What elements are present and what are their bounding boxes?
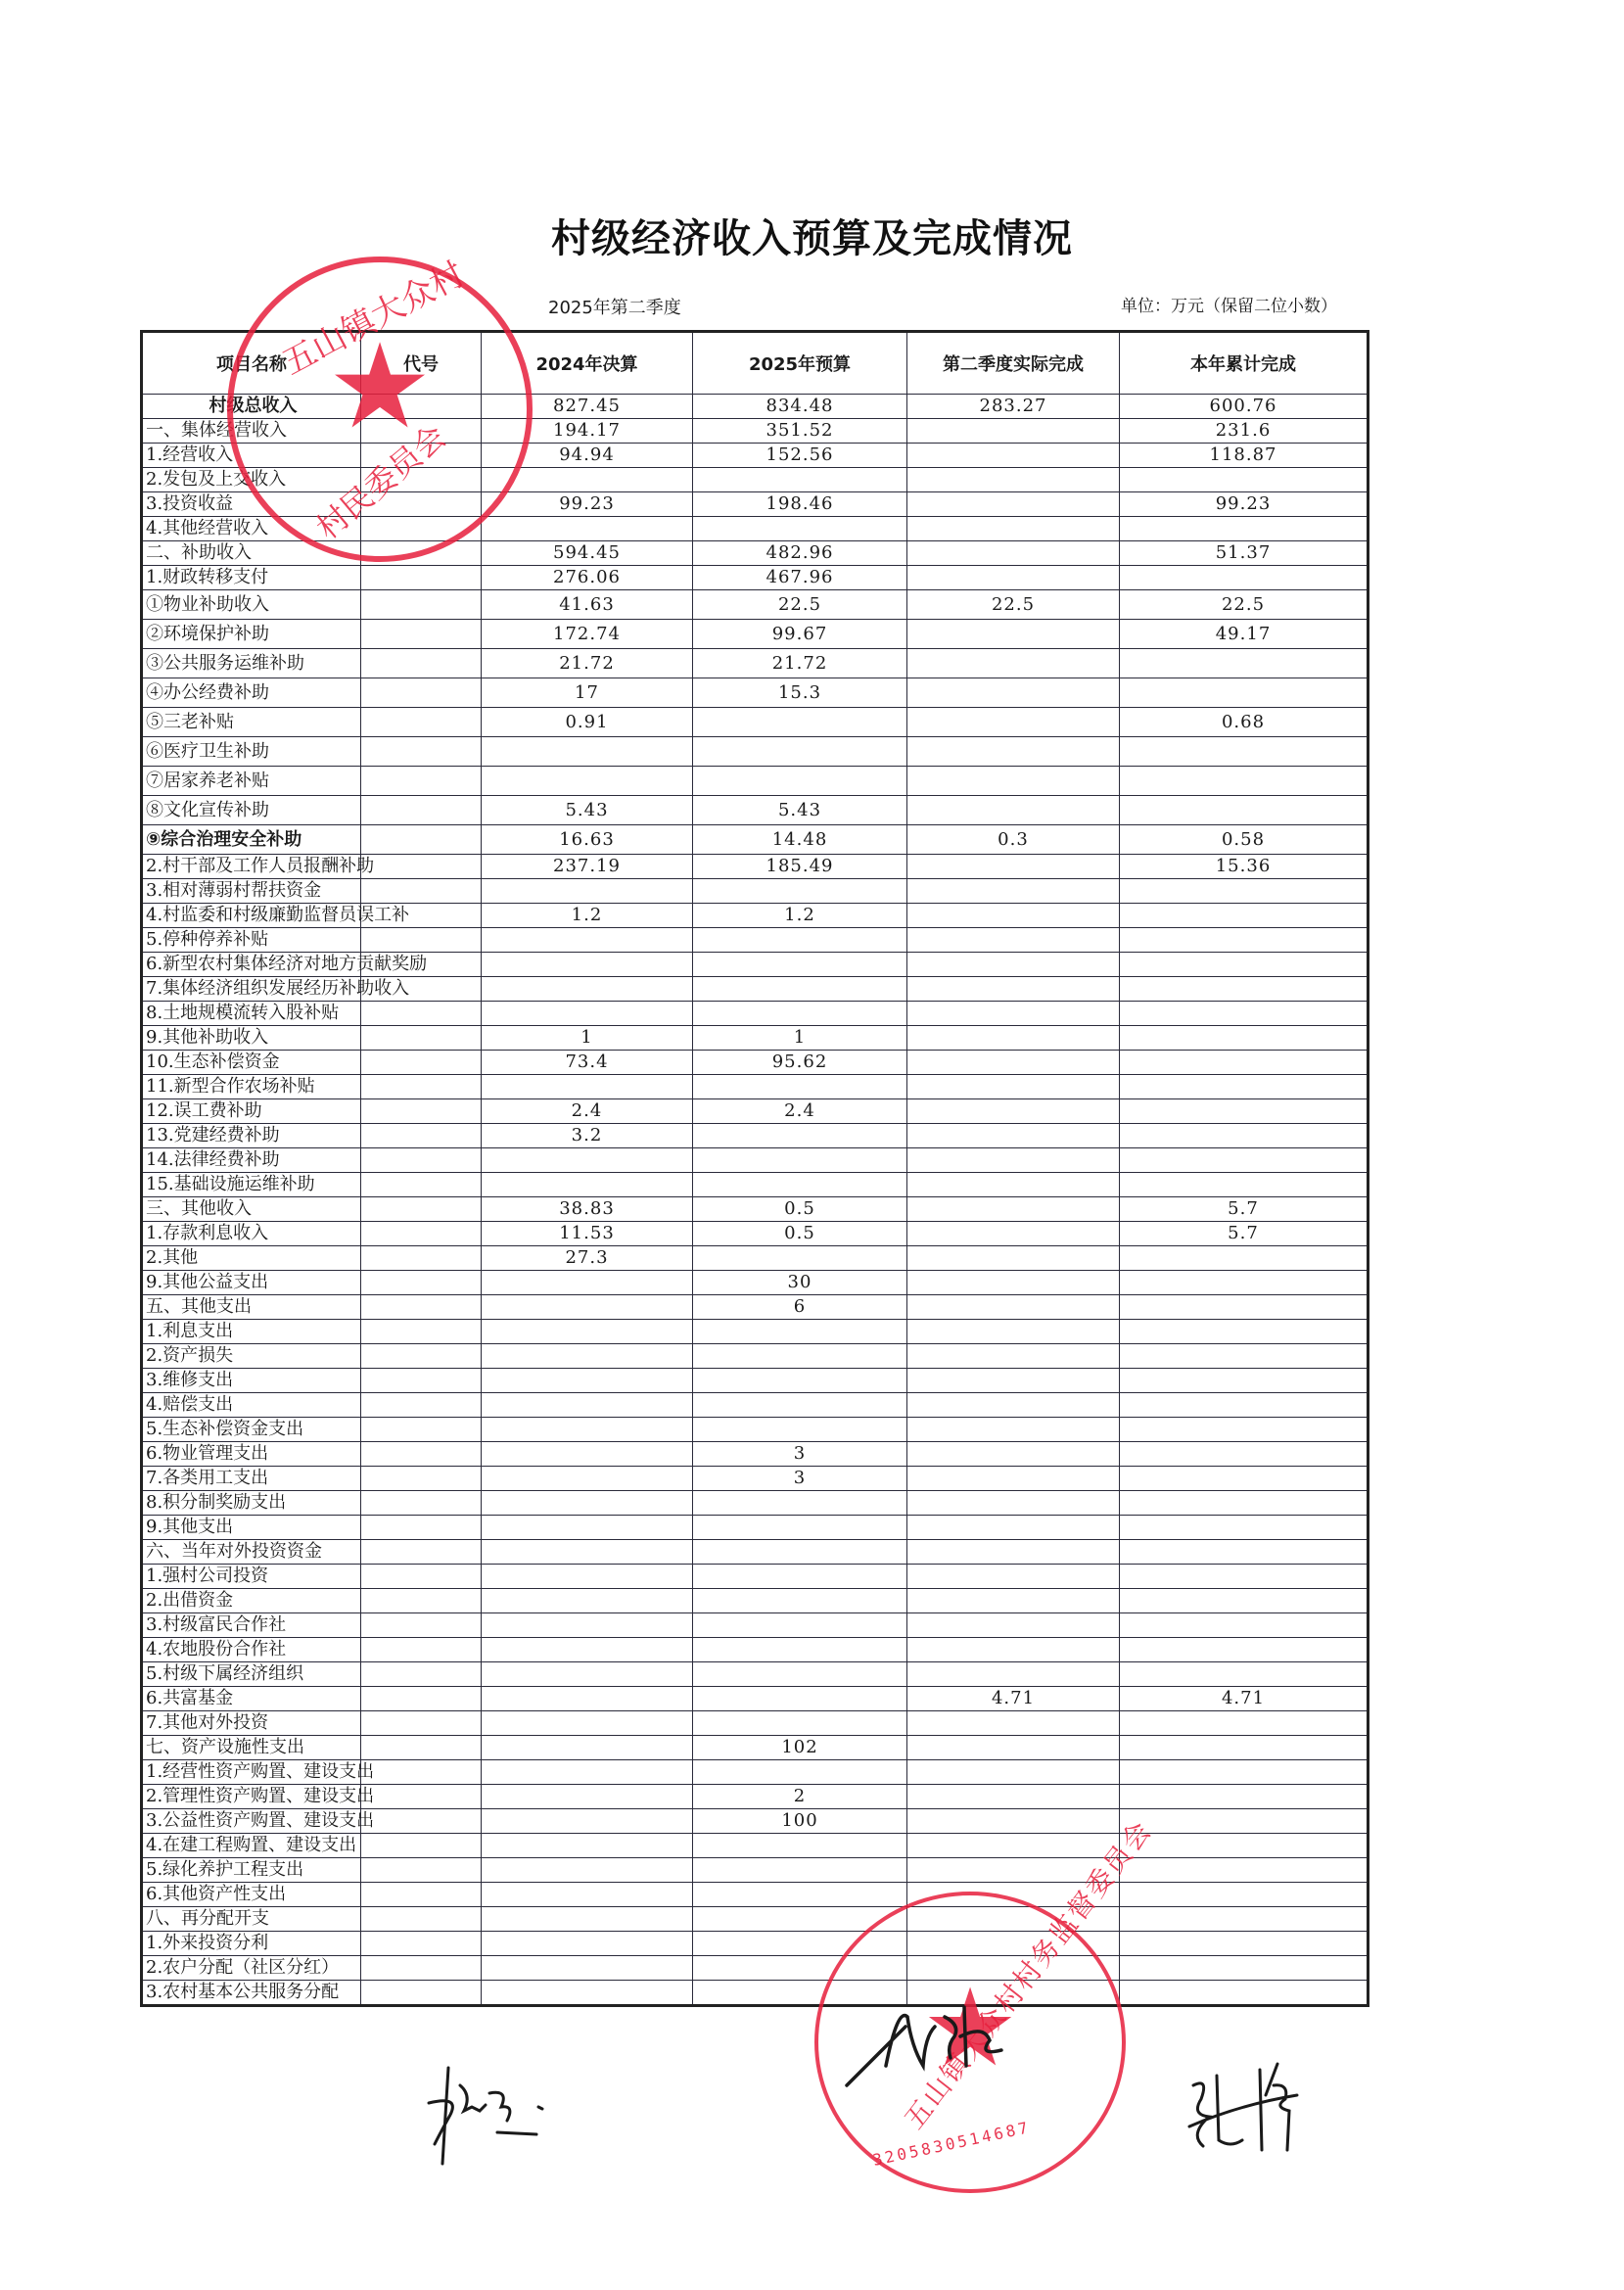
item-code	[361, 1613, 482, 1638]
item-code	[361, 928, 482, 953]
table-row: 3.公益性资产购置、建设支出100	[142, 1809, 1369, 1834]
item-code	[361, 1099, 482, 1124]
value-2024-final	[482, 1809, 693, 1834]
value-2025-budget	[693, 1565, 907, 1589]
item-name: 13.党建经费补助	[142, 1124, 361, 1148]
item-name: 9.其他支出	[142, 1516, 361, 1540]
item-name: 5.绿化养护工程支出	[142, 1858, 361, 1883]
table-row: 5.绿化养护工程支出	[142, 1858, 1369, 1883]
item-code	[361, 1491, 482, 1516]
value-q2-actual: 4.71	[907, 1687, 1120, 1711]
table-row: 2.资产损失	[142, 1344, 1369, 1369]
item-name: 10.生态补偿资金	[142, 1051, 361, 1075]
item-code	[361, 649, 482, 678]
value-2024-final	[482, 1883, 693, 1907]
value-ytd-completed	[1120, 1638, 1369, 1662]
header-code: 代号	[361, 332, 482, 395]
value-q2-actual	[907, 1369, 1120, 1393]
item-code	[361, 1002, 482, 1026]
value-q2-actual	[907, 1858, 1120, 1883]
value-q2-actual	[907, 1124, 1120, 1148]
item-name: 4.农地股份合作社	[142, 1638, 361, 1662]
item-name: 4.赔偿支出	[142, 1393, 361, 1418]
value-2025-budget	[693, 953, 907, 977]
table-row: 2.农户分配（社区分红）	[142, 1956, 1369, 1981]
item-name-text: 5.村级下属经济组织	[146, 1663, 303, 1684]
item-code	[361, 1124, 482, 1148]
value-q2-actual	[907, 928, 1120, 953]
value-2025-budget	[693, 1613, 907, 1638]
value-2024-final: 41.63	[482, 590, 693, 620]
item-code	[361, 1540, 482, 1565]
value-q2-actual	[907, 879, 1120, 904]
item-name: 3.维修支出	[142, 1369, 361, 1393]
value-ytd-completed	[1120, 1736, 1369, 1760]
value-2025-budget	[693, 1148, 907, 1173]
table-row: 11.新型合作农场补贴	[142, 1075, 1369, 1099]
item-code	[361, 879, 482, 904]
table-row: 7.各类用工支出3	[142, 1467, 1369, 1491]
item-name-text: 八、再分配开支	[146, 1908, 269, 1929]
table-row: 6.物业管理支出3	[142, 1442, 1369, 1467]
value-q2-actual	[907, 566, 1120, 590]
item-name-text: 3.农村基本公共服务分配	[146, 1982, 339, 2002]
item-name-text: 3.投资收益	[146, 493, 233, 514]
value-ytd-completed	[1120, 1295, 1369, 1320]
value-q2-actual	[907, 1907, 1120, 1932]
value-2025-budget: 834.48	[693, 395, 907, 419]
value-2025-budget	[693, 1858, 907, 1883]
item-name-text: 4.赔偿支出	[146, 1394, 233, 1415]
item-name: 二、补助收入	[142, 541, 361, 566]
item-name-text: 1.利息支出	[146, 1321, 233, 1341]
value-2024-final: 38.83	[482, 1197, 693, 1222]
value-ytd-completed	[1120, 1858, 1369, 1883]
value-ytd-completed	[1120, 1491, 1369, 1516]
item-code	[361, 767, 482, 796]
value-ytd-completed	[1120, 1002, 1369, 1026]
table-row: 13.党建经费补助3.2	[142, 1124, 1369, 1148]
value-2025-budget: 95.62	[693, 1051, 907, 1075]
table-row: 6.新型农村集体经济对地方贡献奖励	[142, 953, 1369, 977]
value-q2-actual	[907, 620, 1120, 649]
value-q2-actual	[907, 1662, 1120, 1687]
item-code	[361, 492, 482, 517]
value-ytd-completed	[1120, 1075, 1369, 1099]
value-2024-final: 2.4	[482, 1099, 693, 1124]
value-ytd-completed	[1120, 1883, 1369, 1907]
value-q2-actual	[907, 1785, 1120, 1809]
value-q2-actual	[907, 1148, 1120, 1173]
item-name-text: 5.停种停养补贴	[146, 929, 268, 950]
value-q2-actual	[907, 1099, 1120, 1124]
value-ytd-completed: 4.71	[1120, 1687, 1369, 1711]
value-2024-final: 5.43	[482, 796, 693, 825]
value-2025-budget	[693, 879, 907, 904]
item-name-text: 五、其他支出	[146, 1296, 252, 1317]
table-row: ⑥医疗卫生补助	[142, 737, 1369, 767]
item-name: 6.物业管理支出	[142, 1442, 361, 1467]
item-name-text: 6.物业管理支出	[146, 1443, 268, 1464]
header-2024-final: 2024年决算	[482, 332, 693, 395]
value-2025-budget: 351.52	[693, 419, 907, 444]
value-2025-budget: 2	[693, 1785, 907, 1809]
item-name: 1.财政转移支付	[142, 566, 361, 590]
item-name-text: 2.农户分配（社区分红）	[146, 1957, 339, 1978]
item-code	[361, 1956, 482, 1981]
table-row: 2.村干部及工作人员报酬补助237.19185.4915.36	[142, 855, 1369, 879]
item-name: 1.外来投资分利	[142, 1932, 361, 1956]
item-name: 6.共富基金	[142, 1687, 361, 1711]
table-row: 三、其他收入38.830.55.7	[142, 1197, 1369, 1222]
table-row: 1.经营性资产购置、建设支出	[142, 1760, 1369, 1785]
value-q2-actual	[907, 1809, 1120, 1834]
value-ytd-completed: 0.58	[1120, 825, 1369, 855]
table-row: 7.集体经济组织发展经历补助收入	[142, 977, 1369, 1002]
item-code	[361, 855, 482, 879]
item-name: 3.村级富民合作社	[142, 1613, 361, 1638]
item-name: 7.集体经济组织发展经历补助收入	[142, 977, 361, 1002]
item-name: 2.村干部及工作人员报酬补助	[142, 855, 361, 879]
value-q2-actual	[907, 444, 1120, 468]
item-name: 3.投资收益	[142, 492, 361, 517]
item-name: 2.发包及上交收入	[142, 468, 361, 492]
page-title: 村级经济收入预算及完成情况	[0, 208, 1624, 263]
item-name-text: 8.积分制奖励支出	[146, 1492, 286, 1513]
item-code	[361, 1809, 482, 1834]
value-ytd-completed: 600.76	[1120, 395, 1369, 419]
item-name: 2.农户分配（社区分红）	[142, 1956, 361, 1981]
value-2024-final	[482, 928, 693, 953]
item-name-text: 2.出借资金	[146, 1590, 233, 1611]
item-code	[361, 1565, 482, 1589]
table-row: ①物业补助收入41.6322.522.522.5	[142, 590, 1369, 620]
value-q2-actual	[907, 1760, 1120, 1785]
value-2025-budget	[693, 1687, 907, 1711]
item-name-text: 15.基础设施运维补助	[146, 1174, 315, 1194]
item-code	[361, 1320, 482, 1344]
value-ytd-completed: 5.7	[1120, 1222, 1369, 1246]
table-row: 1.外来投资分利	[142, 1932, 1369, 1956]
value-q2-actual	[907, 649, 1120, 678]
value-2024-final: 0.91	[482, 708, 693, 737]
value-ytd-completed	[1120, 1467, 1369, 1491]
item-name-text: 1.强村公司投资	[146, 1566, 268, 1586]
value-ytd-completed	[1120, 1516, 1369, 1540]
value-2024-final	[482, 1662, 693, 1687]
item-name-text: ①物业补助收入	[146, 594, 269, 615]
value-ytd-completed	[1120, 1613, 1369, 1638]
table-row: 12.误工费补助2.42.4	[142, 1099, 1369, 1124]
value-q2-actual	[907, 1565, 1120, 1589]
value-2025-budget	[693, 737, 907, 767]
item-code	[361, 1662, 482, 1687]
value-q2-actual	[907, 1393, 1120, 1418]
value-2024-final	[482, 1173, 693, 1197]
item-name: 12.误工费补助	[142, 1099, 361, 1124]
item-name-text: 二、补助收入	[146, 542, 252, 563]
table-row: 一、集体经营收入194.17351.52231.6	[142, 419, 1369, 444]
value-ytd-completed	[1120, 1369, 1369, 1393]
item-name-text: 六、当年对外投资资金	[146, 1541, 322, 1562]
value-ytd-completed	[1120, 1418, 1369, 1442]
value-ytd-completed	[1120, 879, 1369, 904]
value-2024-final: 16.63	[482, 825, 693, 855]
value-2024-final	[482, 517, 693, 541]
value-2025-budget	[693, 708, 907, 737]
item-name: 2.资产损失	[142, 1344, 361, 1369]
item-code	[361, 1907, 482, 1932]
item-name-text: 5.生态补偿资金支出	[146, 1419, 303, 1439]
value-q2-actual	[907, 796, 1120, 825]
value-ytd-completed	[1120, 678, 1369, 708]
value-2025-budget: 3	[693, 1467, 907, 1491]
value-2024-final	[482, 468, 693, 492]
value-ytd-completed: 5.7	[1120, 1197, 1369, 1222]
item-name: 七、资产设施性支出	[142, 1736, 361, 1760]
value-ytd-completed	[1120, 1173, 1369, 1197]
value-ytd-completed: 51.37	[1120, 541, 1369, 566]
item-name-text: ③公共服务运维补助	[146, 653, 304, 674]
table-row: 村级总收入827.45834.48283.27600.76	[142, 395, 1369, 419]
item-code	[361, 1589, 482, 1613]
value-ytd-completed: 22.5	[1120, 590, 1369, 620]
value-2025-budget: 0.5	[693, 1222, 907, 1246]
value-q2-actual	[907, 678, 1120, 708]
value-ytd-completed	[1120, 1956, 1369, 1981]
item-name-text: ⑦居家养老补贴	[146, 771, 269, 791]
value-q2-actual	[907, 855, 1120, 879]
item-code	[361, 468, 482, 492]
table-row: 六、当年对外投资资金	[142, 1540, 1369, 1565]
value-2025-budget	[693, 1075, 907, 1099]
item-code	[361, 1393, 482, 1418]
value-2025-budget: 15.3	[693, 678, 907, 708]
item-code	[361, 444, 482, 468]
value-2025-budget: 30	[693, 1271, 907, 1295]
value-2024-final	[482, 1516, 693, 1540]
item-name: 3.公益性资产购置、建设支出	[142, 1809, 361, 1834]
item-name-text: 4.农地股份合作社	[146, 1639, 286, 1659]
item-name: 6.新型农村集体经济对地方贡献奖励	[142, 953, 361, 977]
value-q2-actual	[907, 541, 1120, 566]
value-ytd-completed	[1120, 1026, 1369, 1051]
value-2024-final: 827.45	[482, 395, 693, 419]
value-ytd-completed	[1120, 904, 1369, 928]
value-2025-budget: 22.5	[693, 590, 907, 620]
value-ytd-completed	[1120, 1124, 1369, 1148]
value-2025-budget: 6	[693, 1295, 907, 1320]
item-code	[361, 1271, 482, 1295]
value-q2-actual	[907, 904, 1120, 928]
item-name: 2.出借资金	[142, 1589, 361, 1613]
value-2024-final	[482, 1589, 693, 1613]
item-name-text: 1.经营收入	[146, 444, 233, 465]
item-name: 8.土地规模流转入股补贴	[142, 1002, 361, 1026]
item-code	[361, 1687, 482, 1711]
table-row: 3.农村基本公共服务分配	[142, 1981, 1369, 2006]
table-row: 8.积分制奖励支出	[142, 1491, 1369, 1516]
value-2024-final	[482, 1442, 693, 1467]
value-ytd-completed	[1120, 1711, 1369, 1736]
value-2024-final	[482, 1613, 693, 1638]
item-code	[361, 1785, 482, 1809]
value-2024-final	[482, 1956, 693, 1981]
table-row: 1.存款利息收入11.530.55.7	[142, 1222, 1369, 1246]
value-ytd-completed	[1120, 1785, 1369, 1809]
value-2024-final	[482, 879, 693, 904]
item-name-text: 9.其他支出	[146, 1517, 233, 1537]
value-q2-actual	[907, 953, 1120, 977]
value-q2-actual	[907, 1711, 1120, 1736]
value-q2-actual	[907, 767, 1120, 796]
item-name-text: 7.集体经济组织发展经历补助收入	[146, 978, 409, 999]
item-code	[361, 1051, 482, 1075]
value-q2-actual	[907, 1589, 1120, 1613]
item-name: 4.在建工程购置、建设支出	[142, 1834, 361, 1858]
table-row: 七、资产设施性支出102	[142, 1736, 1369, 1760]
value-ytd-completed	[1120, 1246, 1369, 1271]
value-q2-actual	[907, 1736, 1120, 1760]
item-name: 3.相对薄弱村帮扶资金	[142, 879, 361, 904]
item-name: ③公共服务运维补助	[142, 649, 361, 678]
table-row: 6.其他资产性支出	[142, 1883, 1369, 1907]
value-2024-final: 1	[482, 1026, 693, 1051]
value-2024-final	[482, 1565, 693, 1589]
value-q2-actual: 0.3	[907, 825, 1120, 855]
item-code	[361, 737, 482, 767]
table-row: 5.停种停养补贴	[142, 928, 1369, 953]
value-2025-budget: 1	[693, 1026, 907, 1051]
value-2025-budget	[693, 1760, 907, 1785]
value-2025-budget: 482.96	[693, 541, 907, 566]
value-2024-final	[482, 1491, 693, 1516]
table-row: 1.利息支出	[142, 1320, 1369, 1344]
item-name-text: 12.误工费补助	[146, 1100, 262, 1121]
value-q2-actual	[907, 1834, 1120, 1858]
value-2024-final: 237.19	[482, 855, 693, 879]
value-2025-budget	[693, 1883, 907, 1907]
value-2024-final: 194.17	[482, 419, 693, 444]
value-2025-budget	[693, 1369, 907, 1393]
value-ytd-completed: 49.17	[1120, 620, 1369, 649]
item-name-text: ⑥医疗卫生补助	[146, 741, 269, 762]
value-2024-final: 172.74	[482, 620, 693, 649]
value-2024-final: 17	[482, 678, 693, 708]
value-q2-actual	[907, 468, 1120, 492]
item-code	[361, 1711, 482, 1736]
value-2025-budget: 152.56	[693, 444, 907, 468]
value-2024-final: 99.23	[482, 492, 693, 517]
value-q2-actual	[907, 1932, 1120, 1956]
value-ytd-completed	[1120, 1344, 1369, 1369]
value-2024-final	[482, 1418, 693, 1442]
item-name-text: 2.其他	[146, 1247, 198, 1268]
value-q2-actual	[907, 1491, 1120, 1516]
value-q2-actual	[907, 708, 1120, 737]
value-ytd-completed	[1120, 1834, 1369, 1858]
item-name-text: 6.共富基金	[146, 1688, 233, 1708]
value-2025-budget: 0.5	[693, 1197, 907, 1222]
value-q2-actual	[907, 492, 1120, 517]
unit-note: 单位：万元（保留二位小数）	[1121, 292, 1337, 316]
item-code	[361, 1760, 482, 1785]
table-row: 8.土地规模流转入股补贴	[142, 1002, 1369, 1026]
value-2024-final	[482, 1320, 693, 1344]
item-name-text: 7.各类用工支出	[146, 1468, 268, 1488]
item-code	[361, 1075, 482, 1099]
item-name-text: ②环境保护补助	[146, 624, 269, 644]
value-2025-budget	[693, 1711, 907, 1736]
value-ytd-completed	[1120, 1393, 1369, 1418]
item-name: ①物业补助收入	[142, 590, 361, 620]
table-row: 1.强村公司投资	[142, 1565, 1369, 1589]
value-2024-final	[482, 1295, 693, 1320]
header-item-name: 项目名称	[142, 332, 361, 395]
item-code	[361, 1173, 482, 1197]
value-2024-final	[482, 1907, 693, 1932]
item-name-text: 6.新型农村集体经济对地方贡献奖励	[146, 954, 427, 974]
item-code	[361, 1026, 482, 1051]
item-name: 5.村级下属经济组织	[142, 1662, 361, 1687]
value-2025-budget: 100	[693, 1809, 907, 1834]
value-ytd-completed	[1120, 1051, 1369, 1075]
value-q2-actual	[907, 1051, 1120, 1075]
item-name: 7.其他对外投资	[142, 1711, 361, 1736]
value-2025-budget: 5.43	[693, 796, 907, 825]
value-2024-final: 21.72	[482, 649, 693, 678]
item-name: 11.新型合作农场补贴	[142, 1075, 361, 1099]
value-2025-budget: 2.4	[693, 1099, 907, 1124]
value-q2-actual	[907, 419, 1120, 444]
item-name-text: 三、其他收入	[146, 1198, 252, 1219]
value-2024-final	[482, 1638, 693, 1662]
value-2025-budget	[693, 1834, 907, 1858]
table-row: 3.投资收益99.23198.4699.23	[142, 492, 1369, 517]
value-2024-final	[482, 1687, 693, 1711]
item-name-text: 5.绿化养护工程支出	[146, 1859, 303, 1880]
item-name: 4.村监委和村级廉勤监督员误工补	[142, 904, 361, 928]
value-2024-final: 1.2	[482, 904, 693, 928]
value-2024-final	[482, 1711, 693, 1736]
header-q2-actual: 第二季度实际完成	[907, 332, 1120, 395]
value-ytd-completed	[1120, 796, 1369, 825]
item-name-text: ⑧文化宣传补助	[146, 800, 269, 820]
item-name-text: ⑤三老补贴	[146, 712, 234, 732]
value-2024-final	[482, 1736, 693, 1760]
value-2025-budget	[693, 928, 907, 953]
value-2024-final	[482, 1148, 693, 1173]
stamp-code: 3205830514687	[871, 2118, 1033, 2170]
value-2024-final	[482, 1932, 693, 1956]
value-2025-budget	[693, 1393, 907, 1418]
value-2024-final: 3.2	[482, 1124, 693, 1148]
item-name-text: 2.发包及上交收入	[146, 469, 286, 490]
item-name-text: 10.生态补偿资金	[146, 1052, 280, 1072]
value-2025-budget	[693, 1638, 907, 1662]
budget-table: 项目名称 代号 2024年决算 2025年预算 第二季度实际完成 本年累计完成 …	[140, 330, 1369, 2007]
value-q2-actual	[907, 1442, 1120, 1467]
value-2025-budget	[693, 1589, 907, 1613]
item-name-text: 4.村监委和村级廉勤监督员误工补	[146, 905, 409, 925]
item-name: 五、其他支出	[142, 1295, 361, 1320]
item-code	[361, 566, 482, 590]
item-name: 4.其他经营收入	[142, 517, 361, 541]
item-name: 3.农村基本公共服务分配	[142, 1981, 361, 2006]
table-row: 5.村级下属经济组织	[142, 1662, 1369, 1687]
value-q2-actual	[907, 1295, 1120, 1320]
value-ytd-completed: 15.36	[1120, 855, 1369, 879]
